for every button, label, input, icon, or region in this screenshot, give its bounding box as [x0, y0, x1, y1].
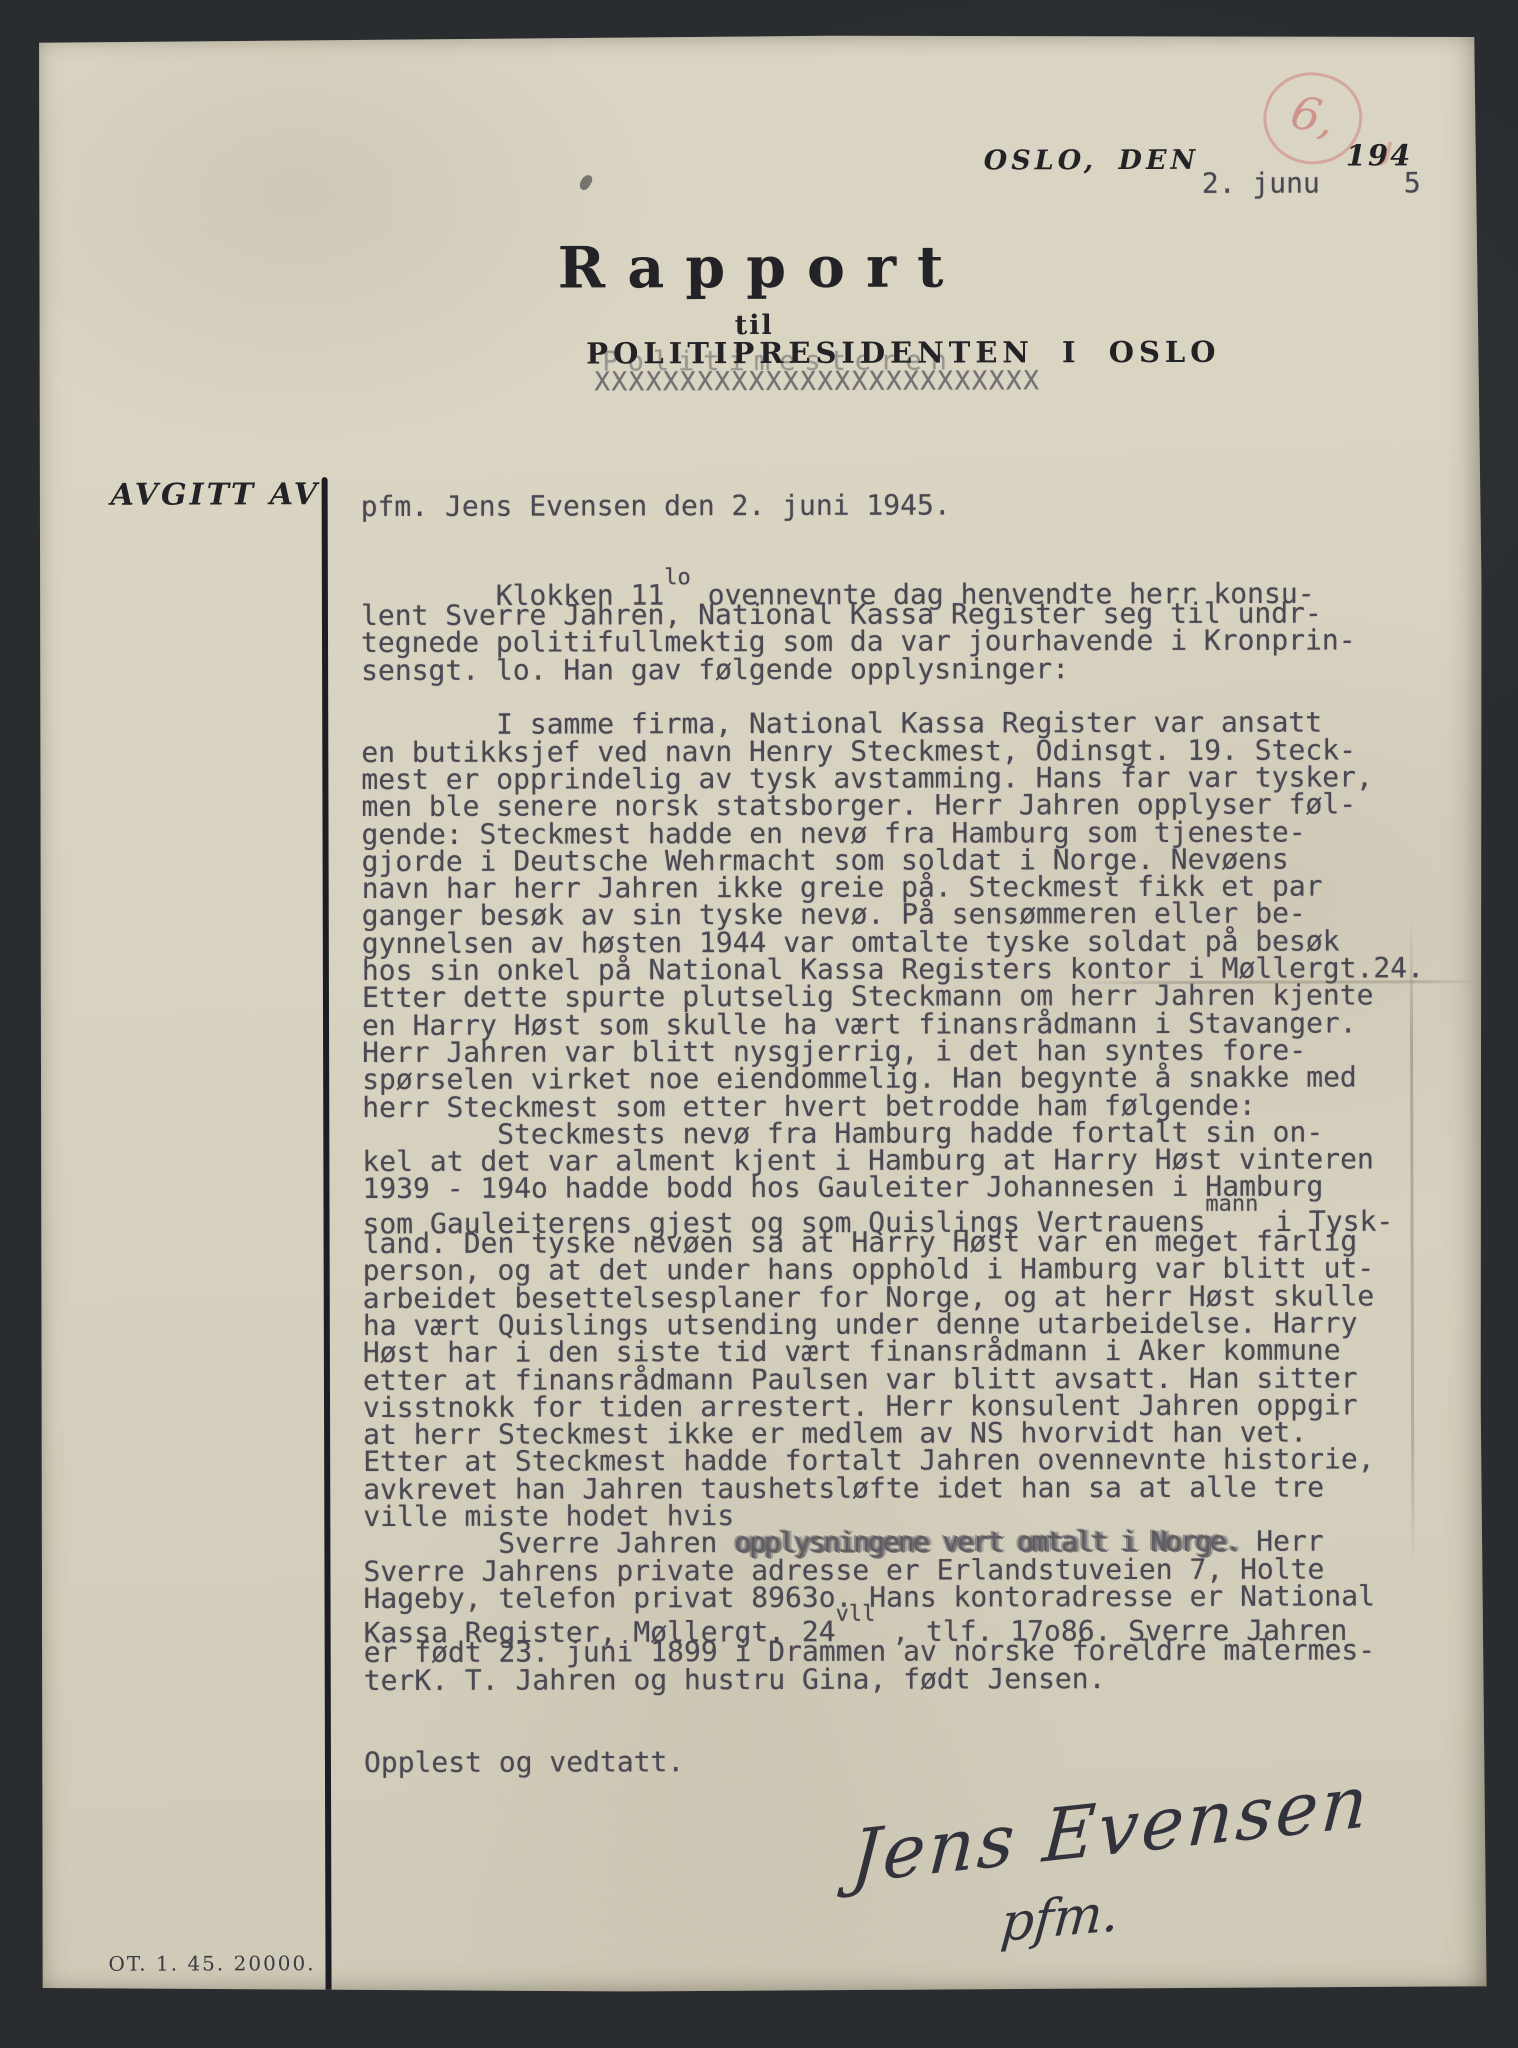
recipient-heading: POLITIPRESIDENTEN I OSLO: [586, 335, 1220, 371]
avgitt-av-label: AVGITT AV: [111, 477, 321, 513]
typewritten-line: Hageby, telefon privat 8963o. Hans konto…: [363, 1582, 1479, 1612]
margin-vertical-rule: [322, 477, 332, 1993]
print-run-code: OT. 1. 45. 20000.: [108, 1951, 315, 1976]
typewriter-strikeout-row: XXXXXXXXXXXXXXXXXXXXXXXXXX: [594, 366, 1040, 397]
scanned-report-page: OSLO, DEN 2. junu 194 5 6, Rapport til P…: [35, 32, 1486, 1996]
typewritten-line: 1939 - 194o hadde bodd hos Gauleiter Joh…: [362, 1173, 1478, 1203]
ink-smudge-speck: [578, 173, 594, 192]
handwritten-signature-block: Jens Evensen pfm.: [850, 1789, 1330, 1940]
archive-photo-background: { "header": { "place_label": "OSLO, DEN"…: [0, 0, 1518, 2048]
place-date-label: OSLO, DEN: [984, 145, 1200, 177]
typed-year-digit: 5: [1404, 166, 1421, 199]
typewritten-line: pfm. Jens Evensen den 2. juni 1945.: [361, 490, 1477, 520]
typewritten-line: avkrevet han Jahren taushetsløfte idet h…: [363, 1473, 1479, 1503]
typewritten-line: [361, 545, 1477, 575]
typed-date: 2. junu: [1202, 167, 1320, 200]
report-title: Rapport: [556, 233, 966, 301]
typewritten-line: sensgt. lo. Han gav følgende opplysninge…: [361, 654, 1477, 684]
typewritten-line: [364, 1718, 1480, 1748]
typewritten-body: pfm. Jens Evensen den 2. juni 1945. Klok…: [361, 490, 1480, 1776]
typewritten-line: terK. T. Jahren og hustru Gina, født Jen…: [364, 1664, 1480, 1694]
